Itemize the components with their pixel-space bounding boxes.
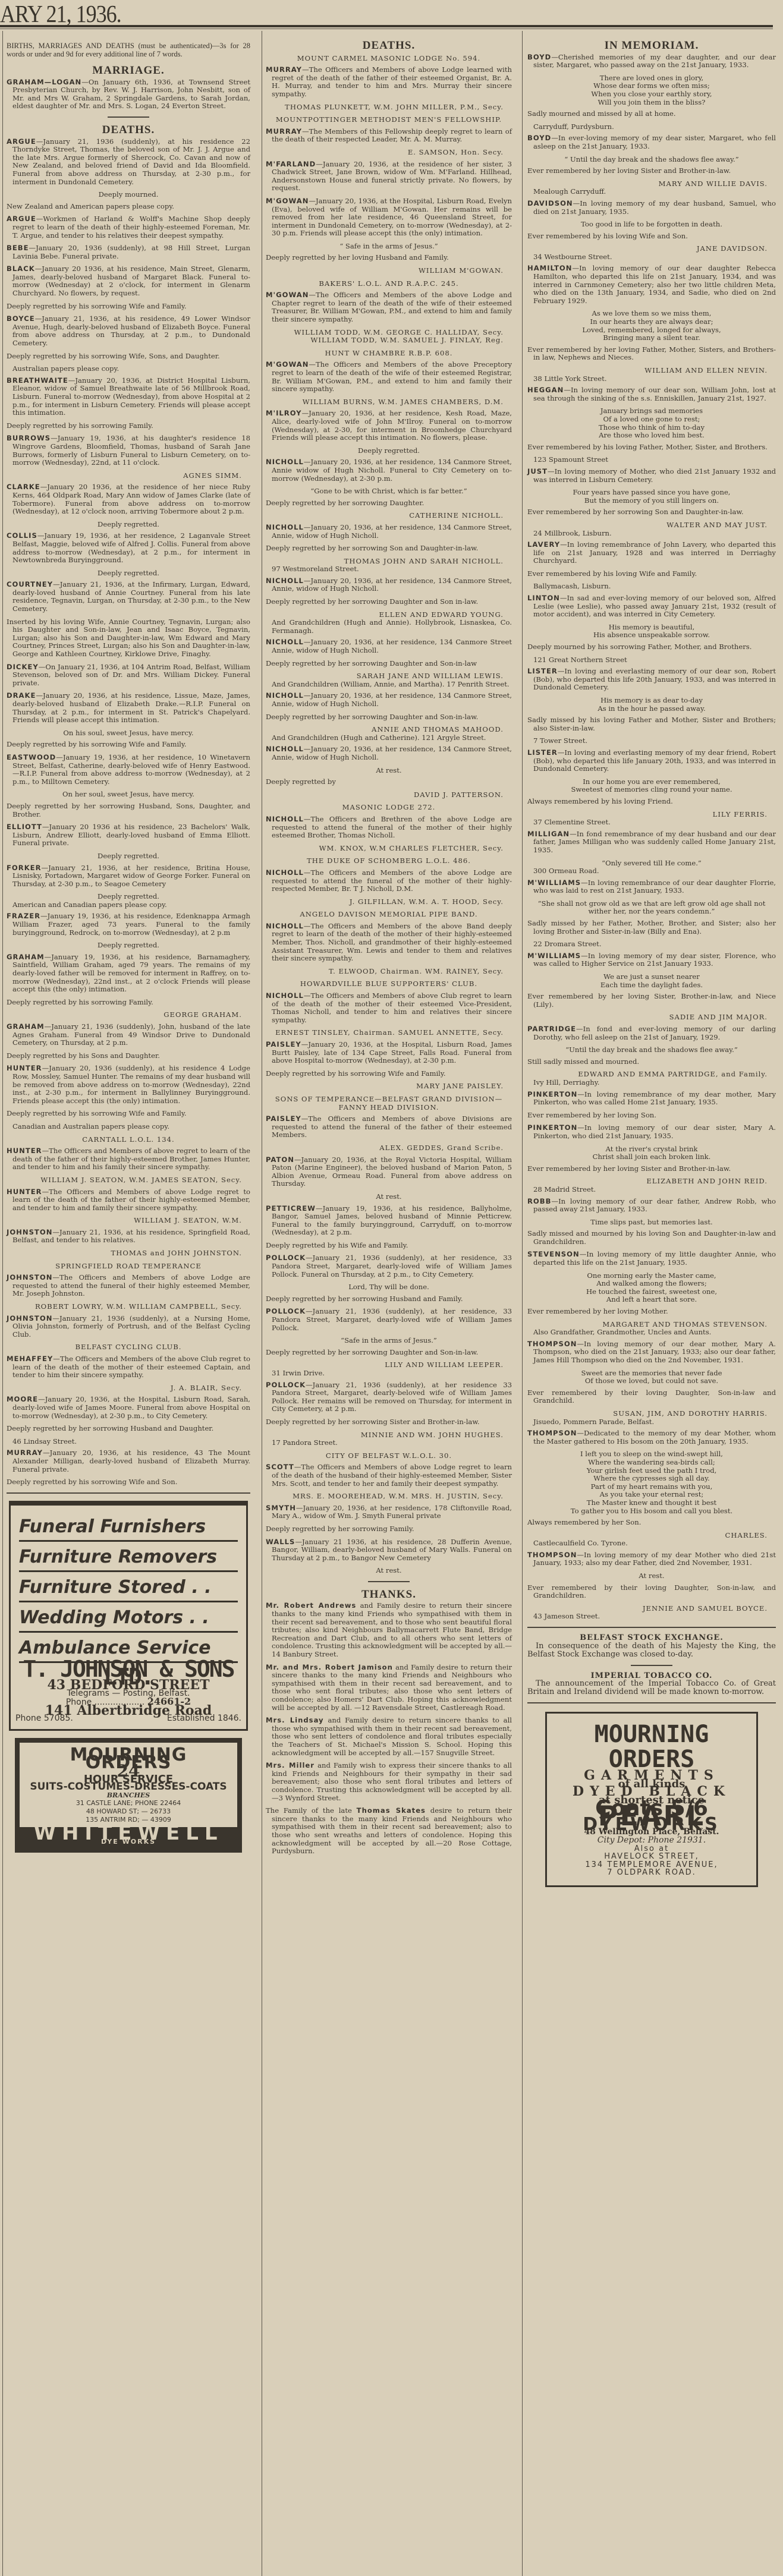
notice-tagline: “Safe in the arms of Jesus.”	[266, 1337, 512, 1345]
notice-text: —January 19, 1936, at his residence, Bar…	[12, 953, 250, 993]
notice-address: Ivy Hill, Derriaghy.	[527, 1079, 776, 1087]
notice-name: PARTRIDGE	[527, 1025, 576, 1033]
notice: BOYD—In ever-loving memory of my dear si…	[527, 134, 776, 150]
notice-text: —In loving memory of our dear son, Willi…	[533, 386, 776, 402]
notice-regret: Deeply regretted by his Sons and Daughte…	[7, 1052, 250, 1060]
notice-signature: THOMAS PLUNKETT, W.M. JOHN MILLER, P.M.,…	[266, 103, 512, 112]
notice-name: BREATHWAITE	[7, 376, 68, 385]
notice-text: —January 20, 1936, at the Hospital, Lisb…	[12, 1395, 250, 1419]
notice: MEHAFFEY—The Officers and Members of the…	[7, 1355, 250, 1380]
notice-regret: Ever remembered by her loving Son.	[527, 1111, 776, 1120]
notice: MURRAY—January 20, 1936, at his residenc…	[7, 1449, 250, 1473]
masthead-rule	[0, 25, 773, 27]
notice: ARGUE—January 21, 1936 (suddenly), at hi…	[7, 138, 250, 187]
notice: PAISLEY—January 20, 1936, at the Hospita…	[266, 1041, 512, 1065]
notice-signature: MARGARET AND THOMAS STEVENSON.	[527, 1321, 776, 1329]
notice-name: THOMPSON	[527, 1429, 577, 1437]
notice: M'FARLAND—January 20, 1936, at the resid…	[266, 160, 512, 193]
notice-regret: Deeply regretted by her sorrowing Daught…	[266, 598, 512, 606]
verse-line: As you take your eternal rest;	[527, 1491, 776, 1499]
lodge-heading: CARNTALL L.O.L. 134.	[7, 1136, 250, 1144]
notice-name: DRAKE	[7, 691, 36, 700]
divider	[527, 1702, 776, 1703]
notice-regret: Deeply regretted by his sorrowing Wife a…	[266, 1070, 512, 1078]
notice-text: —The Officers and Members of above Lodge…	[272, 65, 512, 98]
notice-name: NICHOLL	[266, 638, 304, 646]
notice: BEBE—January 20, 1936 (suddenly), at 98 …	[7, 244, 250, 260]
notice-text: —January 20, 1936, at her residence, 134…	[272, 577, 512, 593]
notice-text: —January 20 1936, at his residence, Main…	[12, 264, 250, 297]
notice-name: BURROWS	[7, 434, 51, 442]
column-deaths-thanks: DEATHS. MOUNT CARMEL MASONIC LODGE No. 5…	[262, 31, 518, 2576]
ad-line: MOURNING	[551, 1722, 753, 1747]
death-notices-list: ARGUE—January 21, 1936 (suddenly), at hi…	[7, 138, 250, 1487]
notice: JOHNSTON—January 21, 1936 (suddenly), at…	[7, 1315, 250, 1339]
notice-name: POLLOCK	[266, 1381, 306, 1389]
notice-text: —January 20, 1936, at her residence, 134…	[272, 638, 512, 654]
notice-name: GRAHAM	[7, 1022, 45, 1031]
notice-regret: Deeply regretted by her sorrowing Husban…	[7, 802, 250, 818]
notice-name: MURRAY	[266, 127, 302, 136]
whitewell-inner: MOURNING ORDERS 24 HOUR SERVICE SUITS-CO…	[20, 1743, 237, 1827]
notice-signature: SADIE AND JIM MAJOR.	[527, 1013, 776, 1022]
notice-text: —January 21, 1936 (suddenly), at her res…	[272, 1381, 512, 1413]
lodge-heading: CITY OF BELFAST W.L.O.L. 30.	[266, 1452, 512, 1460]
verse-line: Are those who loved him best.	[527, 432, 776, 440]
notice-text: —January 21, 1936, at her residence, Bri…	[12, 864, 250, 888]
notice: JOHNSTON—The Officers and Members of abo…	[7, 1274, 250, 1298]
notice-address: Australian papers please copy.	[7, 365, 250, 373]
lodge-heading: MASONIC LODGE 272.	[266, 804, 512, 812]
notice-regret: New Zealand and American papers please c…	[7, 203, 250, 211]
notice-name: Mr. and Mrs. Robert Jamison	[266, 1663, 393, 1671]
notice-address: Jisuedo, Pommern Parade, Belfast.	[527, 1418, 776, 1426]
notice: SMYTH—January 20, 1936, at her residence…	[266, 1504, 512, 1520]
notice-name: DAVIDSON	[527, 199, 573, 207]
notice-signature: LILY AND WILLIAM LEEPER.	[266, 1361, 512, 1369]
notice-name: JUST	[527, 467, 548, 475]
notice-prefix: The Family of the late	[266, 1806, 357, 1815]
notice-name: Mrs. Lindsay	[266, 1716, 324, 1724]
notice: COURTNEY—January 21, 1936, at the Infirm…	[7, 581, 250, 613]
notice-text: —January 20, 1936, at her residence, 178…	[272, 1504, 512, 1520]
notice-signature: ELIZABETH AND JOHN REID.	[527, 1177, 776, 1186]
service-line: Furniture Removers	[19, 1544, 238, 1572]
notice-text: —January 19, 1936, at her residence, 2 L…	[12, 531, 250, 564]
notice: DICKEY—On January 21, 1936, at 104 Antri…	[7, 663, 250, 688]
notice-signature: J. A. BLAIR, Secy.	[7, 1384, 250, 1393]
johnson-advert: Funeral FurnishersFurniture RemoversFurn…	[9, 1501, 248, 1731]
notice-name: NICHOLL	[266, 523, 304, 531]
ad-line: 134 TEMPLEMORE AVENUE,	[551, 1861, 753, 1869]
notice-signature: WILLIAM M'GOWAN.	[266, 267, 512, 275]
notice-regret: Sadly missed by her Father, Mother, Brot…	[527, 919, 776, 936]
notice-signature: T. ELWOOD, Chairman. WM. RAINEY, Secy.	[266, 968, 512, 976]
notice: FRAZER—January 19, 1936, at his residenc…	[7, 912, 250, 937]
notice-name: DICKEY	[7, 663, 39, 671]
notice: COLLIS—January 19, 1936, at her residenc…	[7, 532, 250, 564]
verse-line: Each time the daylight fades.	[527, 981, 776, 990]
notice-signature: E. SAMSON, Hon. Secy.	[266, 149, 512, 157]
notice: NICHOLL—The Officers and Members of the …	[266, 869, 512, 893]
notice-signature: WILLIAM J. SEATON, W.M. JAMES SEATON, Se…	[7, 1176, 250, 1185]
notice-text: —January 20, 1936, at her residence, Kes…	[272, 409, 512, 442]
notice-signature: AGNES SIMM.	[7, 472, 250, 480]
notice: Mrs. Miller and Family wish to express t…	[266, 1762, 512, 1802]
notice-name: COLLIS	[7, 531, 37, 540]
notice-address: And Grandchildren (William, Annie, and M…	[266, 681, 512, 689]
notice-tagline: Deeply mourned.	[7, 191, 250, 199]
notice-address: 31 Irwin Drive.	[266, 1369, 512, 1378]
branch-phone: PHONE 22464	[135, 1799, 181, 1807]
notice: STEVENSON—In loving memory of my little …	[527, 1251, 776, 1267]
verse-line: At rest.	[527, 1572, 776, 1580]
notice-text: —In loving memory of Mother, who died 21…	[533, 467, 776, 484]
notice-name: FORKER	[7, 864, 42, 872]
phone-2: Phone 57085.	[15, 1715, 73, 1723]
notice-signature: SUSAN, JIM, AND DOROTHY HARRIS.	[527, 1410, 776, 1418]
ad-line: Also at	[551, 1845, 753, 1853]
notice-name: PINKERTON	[527, 1123, 577, 1132]
verse-line: Of a loved one gone to rest;	[527, 415, 776, 424]
notice: SCOTT—The Officers and Members of above …	[266, 1463, 512, 1488]
notice-text: —The Officers and Brethren of the above …	[272, 815, 512, 839]
notice: PINKERTON—In loving remembrance of my de…	[527, 1091, 776, 1107]
notice-signature: ELLEN AND EDWARD YOUNG.	[266, 611, 512, 619]
notice-regret: Ever remembered by her sorrowing Son and…	[527, 508, 776, 517]
notice: BOYD—Cherished memories of my dear daugh…	[527, 53, 776, 70]
notice-regret: Deeply regretted by her sorrowing Daught…	[266, 660, 512, 668]
notice-name: BOYD	[527, 53, 551, 61]
verse-line: One morning early the Master came,	[527, 1272, 776, 1280]
notice-regret: Deeply regretted by his sorrowing Wife a…	[7, 1110, 250, 1118]
notice-text: —In sad and ever-loving memory of our be…	[533, 594, 776, 618]
notice-text: —January 21, 1936 (suddenly), at her res…	[272, 1307, 512, 1331]
notice-name: THOMPSON	[527, 1340, 577, 1348]
lodge-heading: MOUNT CARMEL MASONIC LODGE No. 594.	[266, 55, 512, 63]
notice-signature: ANNIE AND THOMAS MAHOOD.	[266, 726, 512, 734]
notice-name: NICHOLL	[266, 815, 304, 823]
marriage-notice: GRAHAM—LOGAN—On January 6th, 1936, at To…	[7, 78, 250, 111]
verse-line: Loved, remembered, longed for always,	[527, 326, 776, 335]
notice-text: —January 20 1936 at his residence, 23 Ba…	[12, 823, 250, 847]
imperial-title: IMPERIAL TOBACCO CO.	[527, 1672, 776, 1680]
notice-text: —In loving and everlasting memory of our…	[533, 667, 776, 691]
notice: NICHOLL—January 20, 1936, at her residen…	[266, 745, 512, 761]
notice-regret: Ever remembered by her loving Sister and…	[527, 1165, 776, 1173]
notice: BREATHWAITE—January 20, 1936, at Distric…	[7, 377, 250, 417]
notice-name: JOHNSTON	[7, 1314, 52, 1322]
divider	[527, 1627, 776, 1628]
notice-text: —January 20, 1936, at his residence, 43 …	[12, 1448, 250, 1473]
branch-row: 48 HOWARD ST; — 26733	[24, 1807, 232, 1816]
notice-text: —January 20, 1936 (suddenly), at his res…	[12, 1064, 250, 1104]
notice-name: HUNTER	[7, 1188, 42, 1196]
notice-regret: Deeply regretted by her sorrowing Daught…	[266, 713, 512, 722]
notice-name: NICHOLL	[266, 745, 304, 753]
notice-name: JOHNSTON	[7, 1273, 52, 1281]
notice-name: ROBB	[527, 1197, 551, 1205]
notice: DAVIDSON—In loving memory of my dear hus…	[527, 200, 776, 216]
verse-line: The Master knew and thought it best	[527, 1499, 776, 1507]
service-line: Funeral Furnishers	[19, 1514, 238, 1542]
notice-address: 24 Millbrook, Lisburn.	[527, 530, 776, 538]
divider	[631, 1665, 672, 1666]
branch-phone: — 26733	[141, 1807, 171, 1815]
verse-line: To gather you to His bosom and call you …	[527, 1507, 776, 1516]
notice-name: CLARKE	[7, 483, 40, 491]
notice-name: JOHNSTON	[7, 1228, 52, 1236]
verse-line: I left you to sleep on the wind-swept hi…	[527, 1450, 776, 1459]
verse-line: We are just a sunset nearer	[527, 973, 776, 981]
notice: NICHOLL—The Officers and Members of abov…	[266, 992, 512, 1024]
thanks-list: Mr. Robert Andrews and Family desire to …	[266, 1602, 512, 1855]
notice-address: And Grandchildren (Hugh and Catherine). …	[266, 734, 512, 742]
notice-signature: ALEX. GEDDES, Grand Scribe.	[266, 1144, 512, 1152]
notice: WALLS—January 21 1936, at his residence,…	[266, 1538, 512, 1563]
notice-text: —In ever-loving memory of my dear sister…	[533, 134, 776, 150]
notice-address: 300 Ormeau Road.	[527, 867, 776, 876]
notice-name: NICHOLL	[266, 691, 304, 700]
notice: HUNTER—The Officers and Members of above…	[7, 1147, 250, 1172]
notice-tagline: At rest.	[266, 767, 512, 775]
verse-line: “Only severed till He come.”	[527, 859, 776, 868]
notice-signature: SARAH JANE AND WILLIAM LEWIS.	[266, 672, 512, 681]
branch-address: 31 CASTLE LANE;	[76, 1799, 135, 1807]
verse-line: And left a heart that sore.	[527, 1296, 776, 1304]
notice-signature: GEORGE GRAHAM.	[7, 1011, 250, 1019]
notice-signature: EDWARD AND EMMA PARTRIDGE, and Family.	[527, 1070, 776, 1079]
notice-name: MURRAY	[7, 1448, 43, 1457]
notice-text: —January 20 1936, at the residence of he…	[12, 483, 250, 515]
notice: Mr. Robert Andrews and Family desire to …	[266, 1602, 512, 1658]
notice-regret: Still sadly missed and mourned.	[527, 1058, 776, 1066]
service-line: Furniture Stored . .	[19, 1574, 238, 1602]
notice-text: —January 20, 1936, at her residence, 134…	[272, 691, 512, 708]
notice-tagline: “Gone to be with Christ, which is far be…	[266, 487, 512, 496]
notice-tagline: Deeply regretted.	[7, 569, 250, 578]
notice-name: PETTICREW	[266, 1204, 316, 1213]
notice: LISTER—In loving and everlasting memory …	[527, 749, 776, 773]
notice-signature: WILLIAM BURNS, W.M. JAMES CHAMBERS, D.M.	[266, 398, 512, 407]
notice: LISTER—In loving and everlasting memory …	[527, 667, 776, 692]
notice-text: —January 20, 1936 (suddenly), at 98 Hill…	[12, 244, 250, 260]
notice-name: SCOTT	[266, 1463, 294, 1471]
verse-line: “ Until the day break and the shadows fl…	[527, 156, 776, 164]
ad-line: City Depot: Phone 21931.	[551, 1837, 753, 1845]
notice-signature: WILLIAM J. SEATON, W.M.	[7, 1217, 250, 1225]
lodge-heading: MOUNTPOTTINGER METHODIST MEN'S FELLOWSHI…	[266, 116, 512, 124]
notice: NICHOLL—January 20, 1936, at her residen…	[266, 577, 512, 593]
notice-address: 97 Westmoreland Street.	[266, 565, 512, 574]
notice-text: —The Members of this Fellowship deeply r…	[272, 127, 512, 144]
notice-text: —In loving memory of our dear father, An…	[533, 1197, 776, 1214]
deaths-heading: DEATHS.	[266, 42, 512, 50]
notice-name: M'FARLAND	[266, 160, 316, 168]
notice-regret: Ever remembered by her loving Mother.	[527, 1308, 776, 1316]
notice-name: M'WILLIAMS	[527, 952, 581, 960]
pearl-dyeworks-advert: MOURNING ORDERS GARMENTS of all kinds DY…	[545, 1712, 758, 1887]
notice-regret: Sadly missed by his loving Father and Mo…	[527, 716, 776, 732]
notice-address: And Grandchildren (Hugh and Annie). Holl…	[266, 619, 512, 635]
notice-address: Canadian and Australian papers please co…	[7, 1123, 250, 1131]
notice-name: BOYD	[527, 134, 551, 142]
verse-line: His memory is as dear to-day	[527, 697, 776, 705]
notice: NICHOLL—January 20, 1936, at her residen…	[266, 524, 512, 540]
notice-address: 46 Lindsay Street.	[7, 1438, 250, 1446]
notice-name: Mr. Robert Andrews	[266, 1601, 356, 1610]
column-births-marriages-deaths: BIRTHS, MARRIAGES AND DEATHS (must be au…	[2, 31, 255, 2576]
notice: MILLIGAN—In fond remembrance of my dear …	[527, 830, 776, 855]
notice-name: ARGUE	[7, 137, 36, 146]
notice-name: NICHOLL	[266, 577, 304, 585]
notice-text: —Workmen of Harland & Wolff's Machine Sh…	[12, 215, 250, 239]
notice: Mrs. Lindsay and Family desire to return…	[266, 1717, 512, 1757]
notice-text: —January 21, 1936 (suddenly), at her res…	[272, 1254, 512, 1278]
rates-notice: BIRTHS, MARRIAGES AND DEATHS (must be au…	[7, 42, 250, 58]
notice-address: 28 Madrid Street.	[527, 1186, 776, 1194]
ad-line: 7 OLDPARK ROAD.	[551, 1869, 753, 1877]
verse-line: In our hearts they are always dear;	[527, 318, 776, 326]
notice: NICHOLL—January 20, 1936, at her residen…	[266, 638, 512, 654]
verse-line: As we love them so we miss them,	[527, 310, 776, 318]
notice-tagline: Deeply regretted.	[7, 893, 250, 901]
deaths-heading: DEATHS.	[7, 126, 250, 134]
notice-address: Also Grandfather, Grandmother, Uncles an…	[527, 1328, 776, 1337]
notice: THOMPSON—In loving memory of my dear Mot…	[527, 1551, 776, 1567]
notice-name: WALLS	[266, 1538, 295, 1546]
notice-name: M'GOWAN	[266, 291, 309, 299]
notice: M'GOWAN—The Officers and Members of the …	[266, 361, 512, 393]
branches-list: 31 CASTLE LANE; PHONE 2246448 HOWARD ST;…	[24, 1799, 232, 1824]
notice-regret: Ever remembered by their loving Daughter…	[527, 1584, 776, 1600]
notice: MURRAY—The Officers and Members of above…	[266, 66, 512, 98]
notice: HUNTER—January 20, 1936 (suddenly), at h…	[7, 1065, 250, 1105]
notice-name: HUNTER	[7, 1147, 42, 1155]
notice-text: —The Officers and Members of above regre…	[12, 1147, 250, 1171]
notice-signature: THOMAS JOHN AND SARAH NICHOLL.	[266, 558, 512, 566]
notice-regret: Deeply regretted by her sorrowing Husban…	[266, 1295, 512, 1303]
notice-regret: Sadly missed and mourned by his loving S…	[527, 1230, 776, 1246]
notice-text: —January 20, 1936, at his residence, Lis…	[12, 691, 250, 724]
notice-name: M'GOWAN	[266, 360, 309, 369]
notice-text: —In fond remembrance of my dear husband …	[533, 830, 776, 854]
notice-address: 22 Dromara Street.	[527, 940, 776, 949]
notice-regret: Ever remembered by her loving Sister and…	[527, 167, 776, 175]
notice: DRAKE—January 20, 1936, at his residence…	[7, 692, 250, 724]
verse-line: “She shall not grow old as we that are l…	[527, 900, 776, 916]
marriage-heading: MARRIAGE.	[7, 67, 250, 75]
notice: ARGUE—Workmen of Harland & Wolff's Machi…	[7, 215, 250, 240]
notice-address: Castlecaulfield Co. Tyrone.	[527, 1539, 776, 1548]
notice-name: HAMILTON	[527, 264, 572, 272]
notice-regret: Deeply regretted by her sorrowing Family…	[266, 1525, 512, 1533]
notice-text: —January 20, 1936, at the Royal Victoria…	[272, 1155, 512, 1188]
notice-name: ELLIOTT	[7, 823, 42, 831]
verse-line: His memory is beautiful,	[527, 623, 776, 632]
notice-name: COURTNEY	[7, 580, 53, 588]
verse-line: Four years have passed since you have go…	[527, 489, 776, 497]
verse-line: Time slips past, but memories last.	[527, 1218, 776, 1227]
notice: NICHOLL—The Officers and Brethren of the…	[266, 815, 512, 840]
brand-bar: WHITEWELL DYE WORKS	[20, 1827, 237, 1848]
notice-tagline: Deeply regretted.	[7, 941, 250, 950]
verse-line: His absence unspeakable sorrow.	[527, 631, 776, 640]
notice-name: PAISLEY	[266, 1114, 301, 1123]
notice: BOYCE—January 21, 1936, at his residence…	[7, 315, 250, 347]
divider	[368, 1581, 410, 1582]
notice-address: 38 Little York Street.	[527, 375, 776, 383]
notice: POLLOCK—January 21, 1936 (suddenly), at …	[266, 1381, 512, 1413]
notice-name: STEVENSON	[527, 1250, 580, 1258]
notice-address: 7 Tower Street.	[527, 737, 776, 745]
notice-regret: Deeply regretted by her sorrowing Daught…	[266, 1349, 512, 1357]
notice-signature: CATHERINE NICHOLL.	[266, 512, 512, 520]
thanks-heading: THANKS.	[266, 1591, 512, 1599]
notice-signature: JENNIE AND SAMUEL BOYCE.	[527, 1605, 776, 1613]
notice-name: M'ILROY	[266, 409, 302, 417]
notice-text: —On January 21, 1936, at 104 Antrim Road…	[12, 663, 250, 687]
notice-text: —Cherished memories of my dear daughter,…	[533, 53, 776, 70]
notice-name: SMYTH	[266, 1504, 296, 1512]
notice-signature: JANE DAVIDSON.	[527, 245, 776, 253]
notice: FORKER—January 21, 1936, at her residenc…	[7, 864, 250, 889]
notice: M'ILROY—January 20, 1936, at her residen…	[266, 410, 512, 442]
notice-tagline: Lord, Thy will be done.	[266, 1283, 512, 1292]
notice-signature: J. GILFILLAN, W.M. A. T. HOOD, Secy.	[266, 898, 512, 906]
ad-line: HAVELOCK STREET,	[551, 1853, 753, 1861]
notice-regret: Ever remembered by his loving Wife and S…	[527, 232, 776, 241]
in-memoriam-heading: IN MEMORIAM.	[527, 42, 776, 50]
notice: POLLOCK—January 21, 1936 (suddenly), at …	[266, 1308, 512, 1332]
notice-address: 43 Jameson Street.	[527, 1613, 776, 1621]
notice-signature: CHARLES.	[527, 1532, 776, 1540]
notice-text: —In loving remembrance of John Lavery, w…	[533, 540, 776, 565]
notice-regret: Deeply regretted by her sorrowing Sister…	[266, 1418, 512, 1426]
verse-line: As in the hour he passed away.	[527, 705, 776, 713]
notice: M'WILLIAMS—In loving memory of my dear s…	[527, 952, 776, 968]
items: SUITS-COSTUMES-DRESSES-COATS	[24, 1783, 232, 1791]
verse-line: January brings sad memories	[527, 407, 776, 415]
notice-name: Mrs. Miller	[266, 1761, 315, 1769]
notice-name: LISTER	[527, 667, 558, 675]
notice-name: MOORE	[7, 1395, 38, 1403]
verse-line: Where the cypresses sigh all day.	[527, 1475, 776, 1483]
notice: M'GOWAN—January 20, 1936, at the Hospita…	[266, 197, 512, 238]
notice-name: MURRAY	[266, 65, 302, 74]
notice-text: —January 20, 1936, at her residence, 134…	[272, 745, 512, 761]
notice-signature: ROBERT LOWRY, W.M. WILLIAM CAMPBELL, Sec…	[7, 1303, 250, 1311]
notice-name: MEHAFFEY	[7, 1355, 53, 1363]
notice: M'WILLIAMS—In loving remembrance of our …	[527, 879, 776, 895]
notice-tagline: At rest.	[266, 1193, 512, 1201]
notice-signature: LILY FERRIS.	[527, 811, 776, 819]
notice-text: —January 19, 1936, at his residence, Ede…	[12, 912, 250, 936]
notice-regret: Deeply regretted by his sorrowing Wife a…	[7, 1478, 250, 1487]
notice: BLACK—January 20 1936, at his residence,…	[7, 265, 250, 297]
notice-tagline: Deeply regretted.	[7, 852, 250, 861]
notice-text: —January 21, 1936 (suddenly), at his res…	[12, 137, 250, 186]
verse-line: “Until the day break and the shadows fle…	[527, 1046, 776, 1054]
notice: EASTWOOD—January 19, 1936, at her reside…	[7, 754, 250, 786]
notice: GRAHAM—January 19, 1936, at his residenc…	[7, 953, 250, 994]
verse-line: But the memory of you still lingers on.	[527, 497, 776, 505]
notice-text: —January 21 1936, at his residence, 28 D…	[272, 1538, 512, 1562]
notice-name: POLLOCK	[266, 1307, 306, 1315]
notice: HEGGAN—In loving memory of our dear son,…	[527, 386, 776, 402]
notice: CLARKE—January 20 1936, at the residence…	[7, 483, 250, 515]
notice-regret: Deeply regretted by his Wife and Family.	[266, 1242, 512, 1250]
